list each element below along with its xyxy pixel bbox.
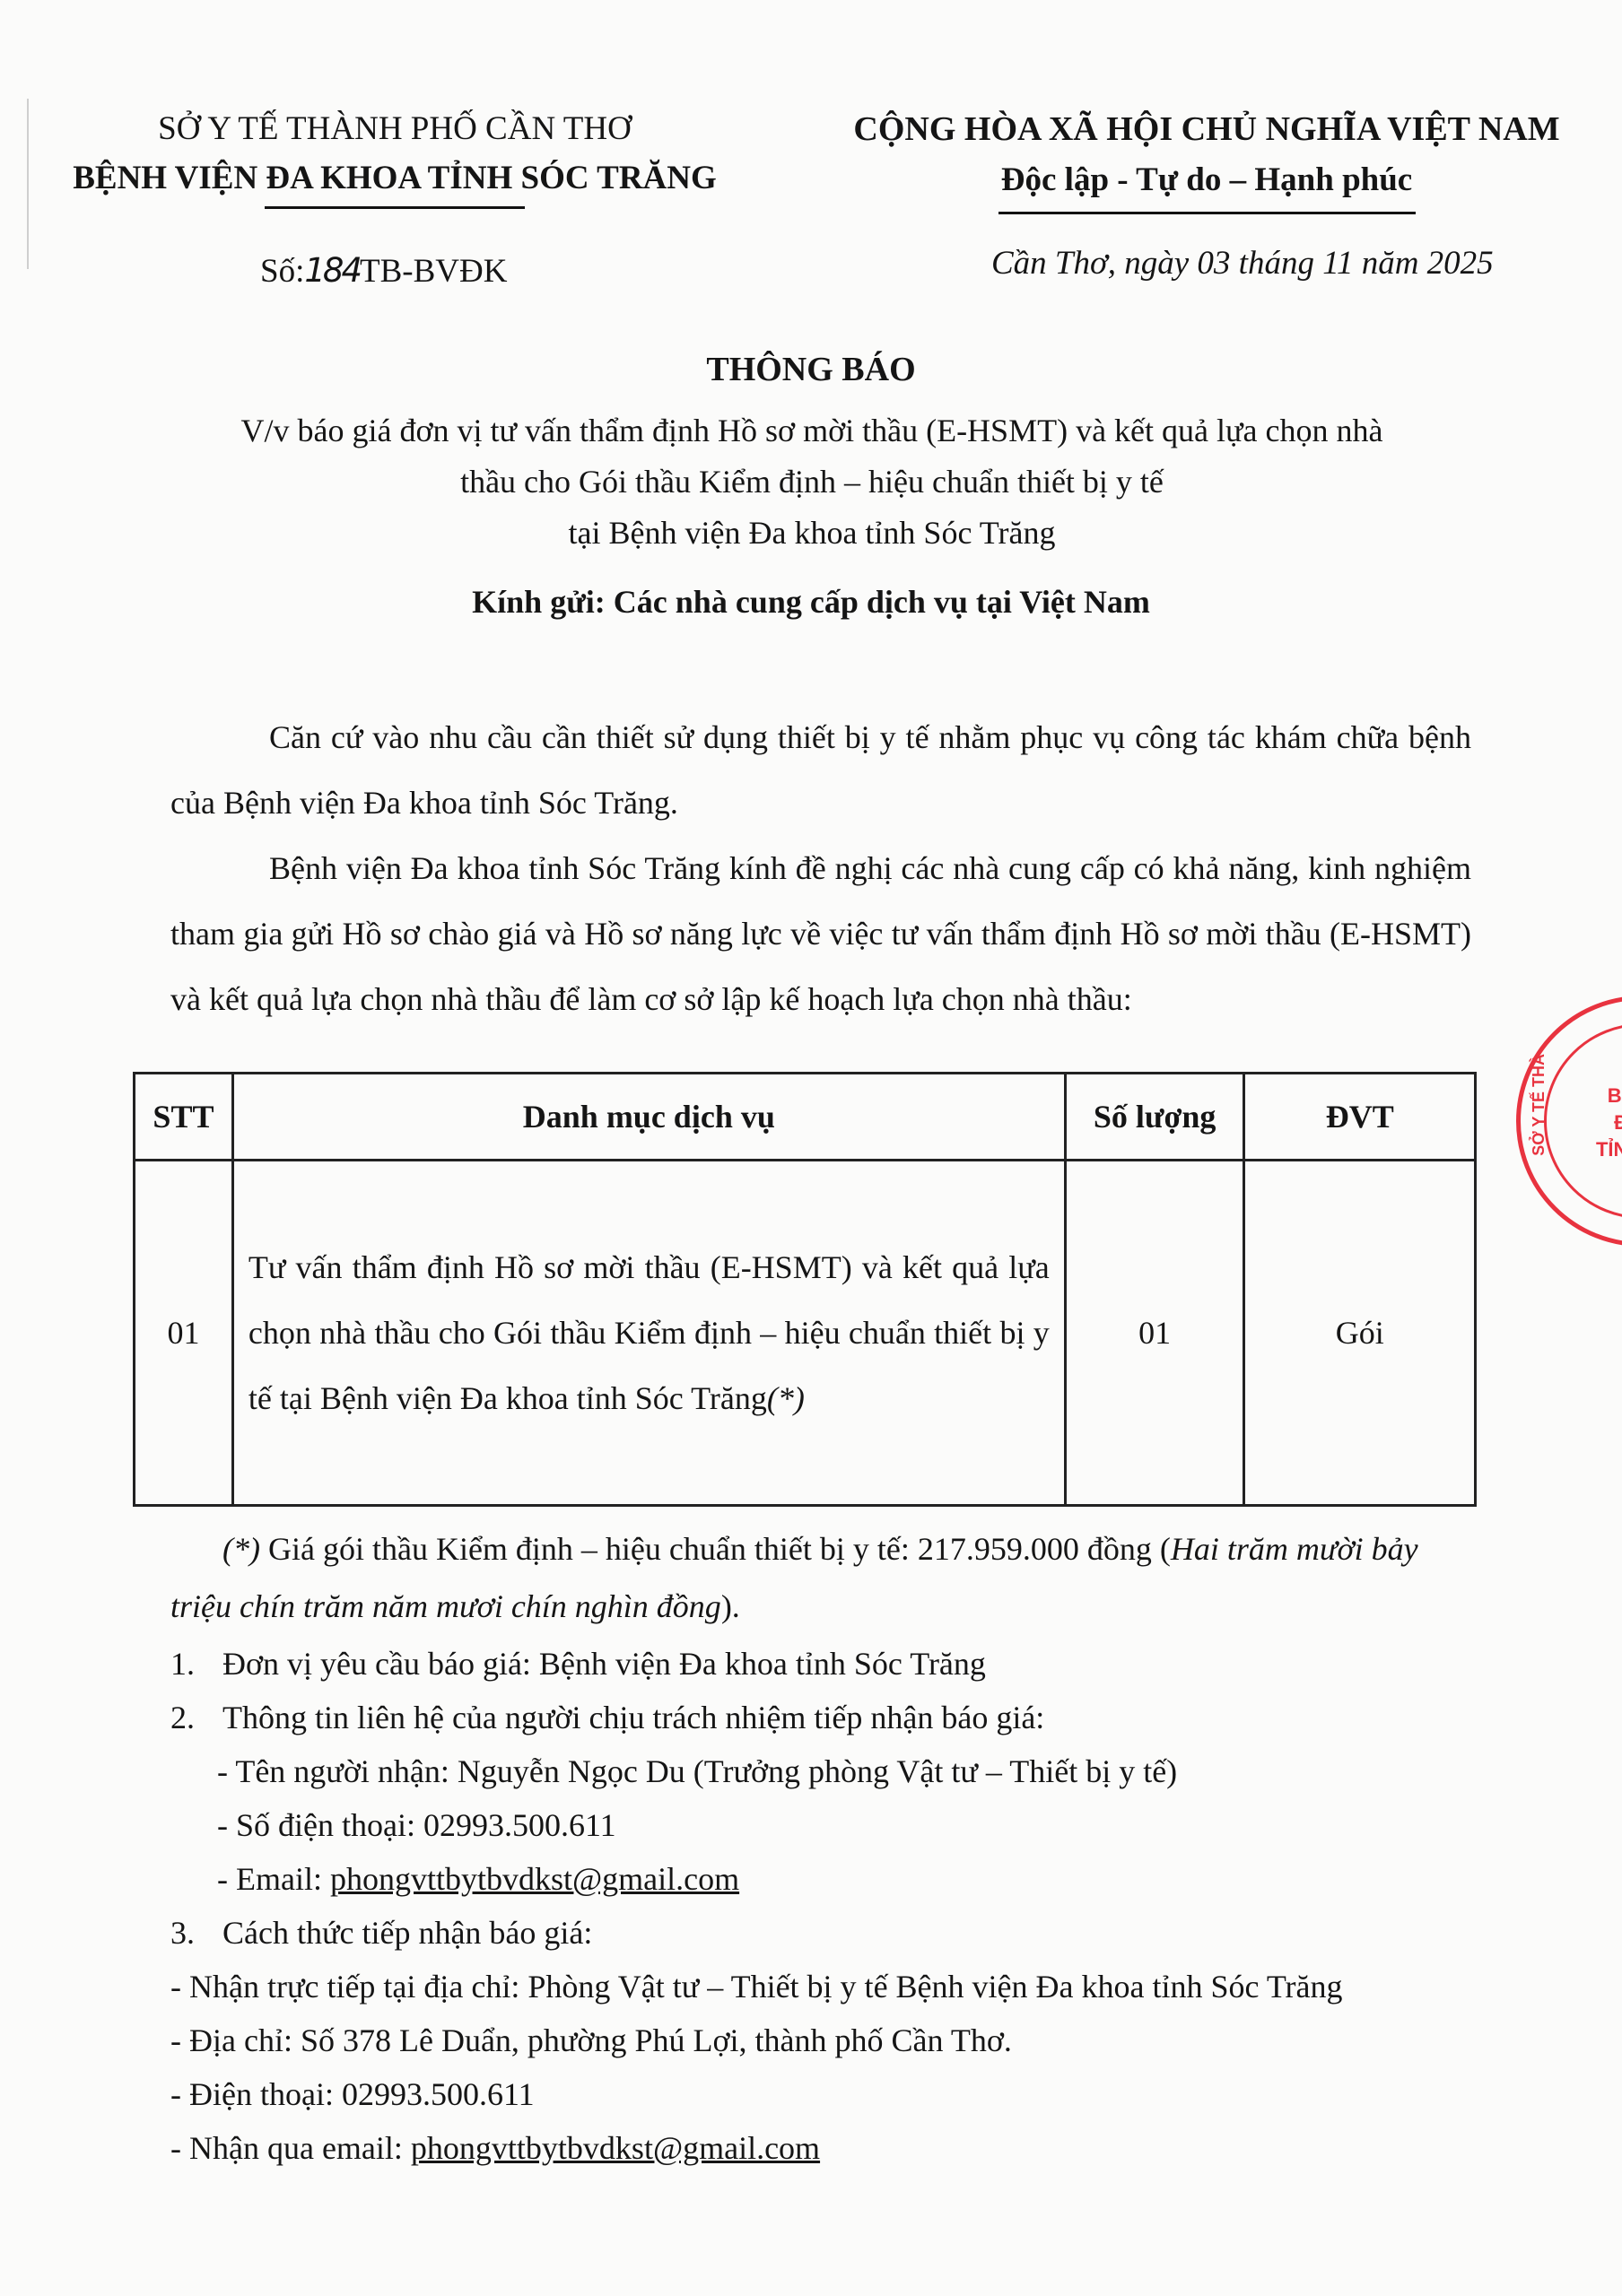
subject-line: V/v báo giá đơn vị tư vấn thẩm định Hồ s… xyxy=(161,405,1462,457)
table-row: 01 Tư vấn thẩm định Hồ sơ mời thầu (E-HS… xyxy=(135,1161,1476,1506)
item-text: Thông tin liên hệ của người chịu trách n… xyxy=(222,1700,1044,1735)
item-number: 2. xyxy=(170,1691,222,1744)
info-list: 1.Đơn vị yêu cầu báo giá: Bệnh viện Đa k… xyxy=(170,1637,1498,2175)
price-closing: ). xyxy=(721,1588,740,1624)
seal-line: ĐA xyxy=(1574,1109,1622,1136)
item-number: 3. xyxy=(170,1906,222,1960)
table-header-row: STT Danh mục dịch vụ Số lượng ĐVT xyxy=(135,1074,1476,1161)
receiving-email: - Nhận qua email: phongvttbytbvdkst@gmai… xyxy=(170,2121,1498,2175)
subject-line: thầu cho Gói thầu Kiểm định – hiệu chuẩn… xyxy=(161,457,1462,508)
contact-email: - Email: phongvttbytbvdkst@gmail.com xyxy=(170,1852,1498,1906)
price-text: Giá gói thầu Kiểm định – hiệu chuẩn thiế… xyxy=(260,1531,1171,1567)
scan-margin-line xyxy=(27,99,29,269)
contact-phone: - Số điện thoại: 02993.500.611 xyxy=(170,1798,1498,1852)
price-note: (*) Giá gói thầu Kiểm định – hiệu chuẩn … xyxy=(170,1520,1471,1635)
nation-name: CỘNG HÒA XÃ HỘI CHỦ NGHĨA VIỆT NAM xyxy=(821,106,1592,152)
issuing-authority: SỞ Y TẾ THÀNH PHỐ CẦN THƠ BỆNH VIỆN ĐA K… xyxy=(36,106,754,209)
document-number: Số:184TB-BVĐK xyxy=(260,251,507,291)
service-table: STT Danh mục dịch vụ Số lượng ĐVT 01 Tư … xyxy=(133,1072,1477,1507)
national-motto: Độc lập - Tự do – Hạnh phúc xyxy=(821,152,1592,208)
email-link[interactable]: phongvttbytbvdkst@gmail.com xyxy=(330,1861,739,1897)
footnote-mark: (*) xyxy=(767,1380,805,1416)
receiving-address: - Địa chỉ: Số 378 Lê Duẩn, phường Phú Lợ… xyxy=(170,2013,1498,2067)
list-item: 3.Cách thức tiếp nhận báo giá: xyxy=(170,1906,1498,1960)
cell-stt: 01 xyxy=(135,1161,233,1506)
recipient-line: Kính gửi: Các nhà cung cấp dịch vụ tại V… xyxy=(0,583,1622,621)
contact-name: - Tên người nhận: Nguyễn Ngọc Du (Trưởng… xyxy=(170,1744,1498,1798)
cell-quantity: 01 xyxy=(1065,1161,1244,1506)
col-service: Danh mục dịch vụ xyxy=(232,1074,1065,1161)
agency-name: SỞ Y TẾ THÀNH PHỐ CẦN THƠ xyxy=(36,106,754,152)
col-unit: ĐVT xyxy=(1244,1074,1476,1161)
receiving-phone: - Điện thoại: 02993.500.611 xyxy=(170,2067,1498,2121)
item-text: Đơn vị yêu cầu báo giá: Bệnh viện Đa kho… xyxy=(222,1646,986,1682)
doc-number-label: Số: xyxy=(260,253,304,290)
receiving-direct: - Nhận trực tiếp tại địa chỉ: Phòng Vật … xyxy=(170,1960,1498,2013)
seal-line: TỈNH S xyxy=(1574,1136,1622,1163)
official-seal-stamp: SỞ Y TẾ THÀ BỆN ĐA TỈNH S xyxy=(1516,996,1622,1247)
doc-number-suffix: TB-BVĐK xyxy=(360,253,507,290)
body-text: Căn cứ vào nhu cầu cần thiết sử dụng thi… xyxy=(170,705,1471,1032)
paragraph: Căn cứ vào nhu cầu cần thiết sử dụng thi… xyxy=(170,705,1471,836)
cell-unit: Gói xyxy=(1244,1161,1476,1506)
email-label: - Nhận qua email: xyxy=(170,2130,411,2166)
place-date: Cần Thơ, ngày 03 tháng 11 năm 2025 xyxy=(991,244,1494,283)
service-description: Tư vấn thẩm định Hồ sơ mời thầu (E-HSMT)… xyxy=(249,1249,1050,1416)
seal-ring-text: SỞ Y TẾ THÀ xyxy=(1530,1054,1548,1156)
hospital-underline xyxy=(265,206,525,209)
handwritten-number: 184 xyxy=(304,251,360,290)
item-number: 1. xyxy=(170,1637,222,1691)
seal-line: BỆN xyxy=(1574,1083,1622,1109)
hospital-name: BỆNH VIỆN ĐA KHOA TỈNH SÓC TRĂNG xyxy=(36,152,754,204)
document-subject: V/v báo giá đơn vị tư vấn thẩm định Hồ s… xyxy=(161,405,1462,559)
email-link[interactable]: phongvttbytbvdkst@gmail.com xyxy=(411,2130,820,2166)
item-text: Cách thức tiếp nhận báo giá: xyxy=(222,1915,592,1951)
col-quantity: Số lượng xyxy=(1065,1074,1244,1161)
motto-underline xyxy=(998,212,1416,214)
document-title: THÔNG BÁO xyxy=(0,350,1622,389)
list-item: 1.Đơn vị yêu cầu báo giá: Bệnh viện Đa k… xyxy=(170,1637,1498,1691)
paragraph: Bệnh viện Đa khoa tỉnh Sóc Trăng kính đề… xyxy=(170,836,1471,1032)
footnote-mark: (*) xyxy=(222,1531,260,1567)
subject-line: tại Bệnh viện Đa khoa tỉnh Sóc Trăng xyxy=(161,508,1462,559)
national-header: CỘNG HÒA XÃ HỘI CHỦ NGHĨA VIỆT NAM Độc l… xyxy=(821,106,1592,214)
seal-center-text: BỆN ĐA TỈNH S xyxy=(1574,1083,1622,1163)
email-label: - Email: xyxy=(217,1861,330,1897)
col-stt: STT xyxy=(135,1074,233,1161)
cell-service: Tư vấn thẩm định Hồ sơ mời thầu (E-HSMT)… xyxy=(232,1161,1065,1506)
list-item: 2.Thông tin liên hệ của người chịu trách… xyxy=(170,1691,1498,1744)
